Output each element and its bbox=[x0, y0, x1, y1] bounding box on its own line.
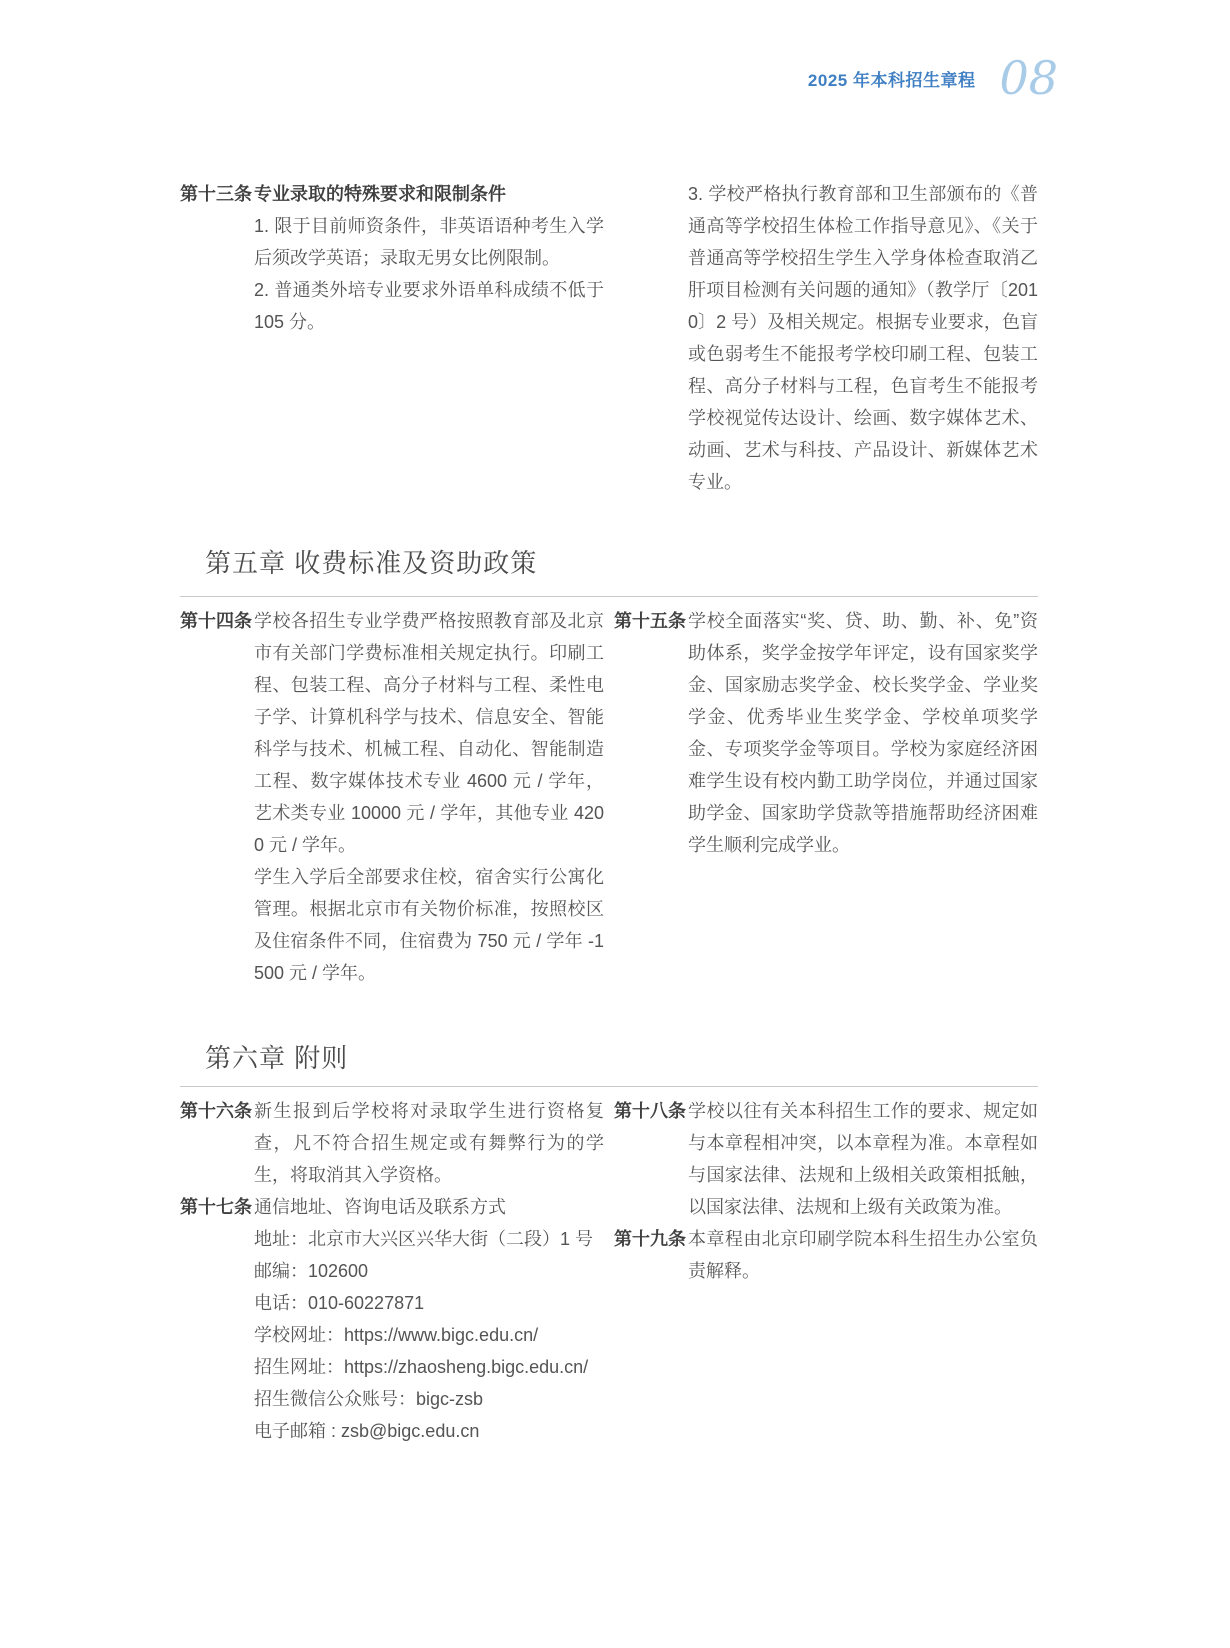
article-19: 第十九条 本章程由北京印刷学院本科生招生办公室负责解释。 bbox=[614, 1223, 1038, 1287]
article-19-paragraph-1: 本章程由北京印刷学院本科生招生办公室负责解释。 bbox=[688, 1223, 1038, 1287]
article-18-body: 学校以往有关本科招生工作的要求、规定如与本章程相冲突，以本章程为准。本章程如与国… bbox=[688, 1095, 1038, 1223]
document-page: 2025 年本科招生章程 08 第十三条 专业录取的特殊要求和限制条件 1. 限… bbox=[0, 0, 1230, 1648]
article-19-label: 第十九条 bbox=[614, 1223, 688, 1287]
contact-email: 电子邮箱 : zsb@bigc.edu.cn bbox=[254, 1415, 604, 1447]
contact-address: 地址：北京市大兴区兴华大街（二段）1 号 bbox=[254, 1223, 604, 1255]
section-article-13: 第十三条 专业录取的特殊要求和限制条件 1. 限于目前师资条件，非英语语种考生入… bbox=[180, 178, 1038, 498]
contact-postal-code: 邮编：102600 bbox=[254, 1255, 604, 1287]
article-13-item-2: 2. 普通类外培专业要求外语单科成绩不低于 105 分。 bbox=[254, 274, 604, 338]
section-chapter-6: 第十六条 新生报到后学校将对录取学生进行资格复查，凡不符合招生规定或有舞弊行为的… bbox=[180, 1095, 1038, 1447]
article-17-body: 通信地址、咨询电话及联系方式 地址：北京市大兴区兴华大街（二段）1 号 邮编：1… bbox=[254, 1191, 604, 1447]
article-16-body: 新生报到后学校将对录取学生进行资格复查，凡不符合招生规定或有舞弊行为的学生，将取… bbox=[254, 1095, 604, 1191]
contact-wechat-account: 招生微信公众账号：bigc-zsb bbox=[254, 1383, 604, 1415]
article-18-paragraph-1: 学校以往有关本科招生工作的要求、规定如与本章程相冲突，以本章程为准。本章程如与国… bbox=[688, 1095, 1038, 1223]
article-17: 第十七条 通信地址、咨询电话及联系方式 地址：北京市大兴区兴华大街（二段）1 号… bbox=[180, 1191, 604, 1447]
article-13: 第十三条 专业录取的特殊要求和限制条件 1. 限于目前师资条件，非英语语种考生入… bbox=[180, 178, 604, 338]
chapter-5-divider bbox=[180, 596, 1038, 597]
article-17-label: 第十七条 bbox=[180, 1191, 254, 1447]
contact-phone: 电话：010-60227871 bbox=[254, 1287, 604, 1319]
page-number: 08 bbox=[999, 55, 1058, 101]
chapter-5-heading: 第五章 收费标准及资助政策 bbox=[205, 543, 537, 580]
article-14-paragraph-2: 学生入学后全部要求住校，宿舍实行公寓化管理。根据北京市有关物价标准，按照校区及住… bbox=[254, 861, 604, 989]
article-14-body: 学校各招生专业学费严格按照教育部及北京市有关部门学费标准相关规定执行。印刷工程、… bbox=[254, 605, 604, 989]
page-header: 2025 年本科招生章程 08 bbox=[180, 48, 1058, 108]
document-title: 2025 年本科招生章程 bbox=[808, 66, 976, 91]
article-13-left-column: 第十三条 专业录取的特殊要求和限制条件 1. 限于目前师资条件，非英语语种考生入… bbox=[180, 178, 604, 498]
article-18-label: 第十八条 bbox=[614, 1095, 688, 1223]
article-15-paragraph-1: 学校全面落实“奖、贷、助、勤、补、免”资助体系，奖学金按学年评定，设有国家奖学金… bbox=[688, 605, 1038, 861]
article-13-right-column: 3. 学校严格执行教育部和卫生部颁布的《普通高等学校招生体检工作指导意见》、《关… bbox=[614, 178, 1038, 498]
article-16-label: 第十六条 bbox=[180, 1095, 254, 1191]
article-13-continuation: 3. 学校严格执行教育部和卫生部颁布的《普通高等学校招生体检工作指导意见》、《关… bbox=[614, 178, 1038, 498]
contact-school-website: 学校网址：https://www.bigc.edu.cn/ bbox=[254, 1319, 604, 1351]
section-chapter-5: 第十四条 学校各招生专业学费严格按照教育部及北京市有关部门学费标准相关规定执行。… bbox=[180, 605, 1038, 989]
chapter-6-heading: 第六章 附则 bbox=[205, 1038, 348, 1075]
article-15-body: 学校全面落实“奖、贷、助、勤、补、免”资助体系，奖学金按学年评定，设有国家奖学金… bbox=[688, 605, 1038, 861]
chapter-6-right-column: 第十八条 学校以往有关本科招生工作的要求、规定如与本章程相冲突，以本章程为准。本… bbox=[614, 1095, 1038, 1447]
article-13-label: 第十三条 bbox=[180, 178, 254, 338]
article-13-label-spacer bbox=[614, 178, 688, 498]
article-13-title: 专业录取的特殊要求和限制条件 bbox=[254, 178, 604, 210]
article-15-label: 第十五条 bbox=[614, 605, 688, 861]
article-13-continuation-body: 3. 学校严格执行教育部和卫生部颁布的《普通高等学校招生体检工作指导意见》、《关… bbox=[688, 178, 1038, 498]
article-15: 第十五条 学校全面落实“奖、贷、助、勤、补、免”资助体系，奖学金按学年评定，设有… bbox=[614, 605, 1038, 861]
article-14: 第十四条 学校各招生专业学费严格按照教育部及北京市有关部门学费标准相关规定执行。… bbox=[180, 605, 604, 989]
article-17-title: 通信地址、咨询电话及联系方式 bbox=[254, 1191, 604, 1223]
article-13-item-3: 3. 学校严格执行教育部和卫生部颁布的《普通高等学校招生体检工作指导意见》、《关… bbox=[688, 178, 1038, 498]
chapter-5-left-column: 第十四条 学校各招生专业学费严格按照教育部及北京市有关部门学费标准相关规定执行。… bbox=[180, 605, 604, 989]
article-19-body: 本章程由北京印刷学院本科生招生办公室负责解释。 bbox=[688, 1223, 1038, 1287]
article-16-paragraph-1: 新生报到后学校将对录取学生进行资格复查，凡不符合招生规定或有舞弊行为的学生，将取… bbox=[254, 1095, 604, 1191]
chapter-6-divider bbox=[180, 1086, 1038, 1087]
article-14-paragraph-1: 学校各招生专业学费严格按照教育部及北京市有关部门学费标准相关规定执行。印刷工程、… bbox=[254, 605, 604, 861]
article-13-body: 专业录取的特殊要求和限制条件 1. 限于目前师资条件，非英语语种考生入学后须改学… bbox=[254, 178, 604, 338]
article-16: 第十六条 新生报到后学校将对录取学生进行资格复查，凡不符合招生规定或有舞弊行为的… bbox=[180, 1095, 604, 1191]
article-18: 第十八条 学校以往有关本科招生工作的要求、规定如与本章程相冲突，以本章程为准。本… bbox=[614, 1095, 1038, 1223]
article-14-label: 第十四条 bbox=[180, 605, 254, 989]
contact-admissions-website: 招生网址：https://zhaosheng.bigc.edu.cn/ bbox=[254, 1351, 604, 1383]
article-13-item-1: 1. 限于目前师资条件，非英语语种考生入学后须改学英语；录取无男女比例限制。 bbox=[254, 210, 604, 274]
chapter-5-right-column: 第十五条 学校全面落实“奖、贷、助、勤、补、免”资助体系，奖学金按学年评定，设有… bbox=[614, 605, 1038, 989]
chapter-6-left-column: 第十六条 新生报到后学校将对录取学生进行资格复查，凡不符合招生规定或有舞弊行为的… bbox=[180, 1095, 604, 1447]
